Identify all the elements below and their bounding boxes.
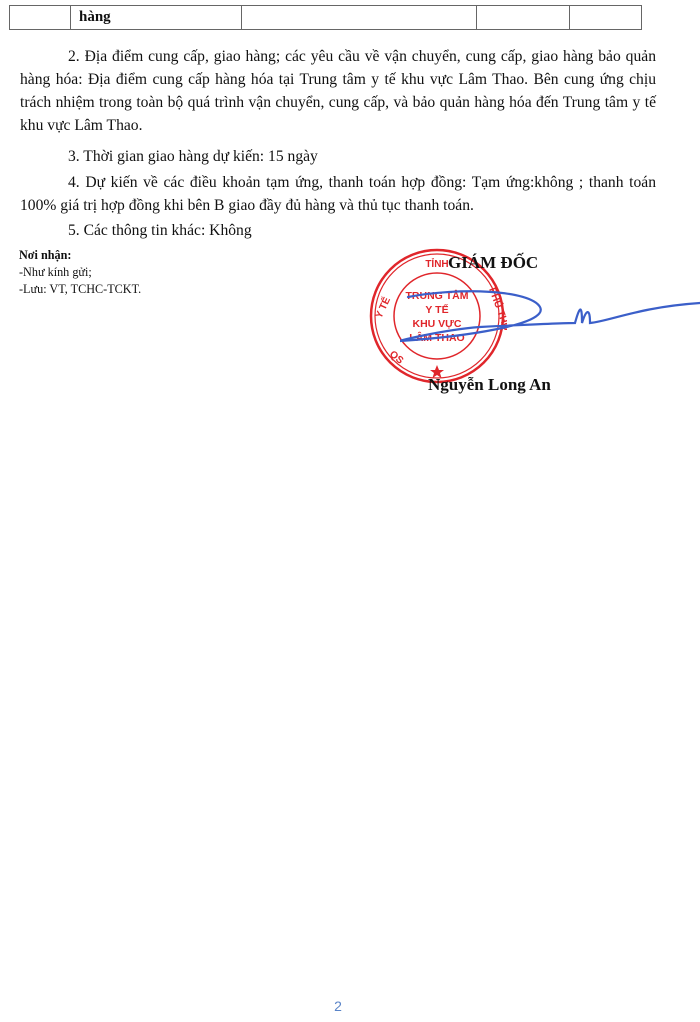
table-cell: [570, 6, 642, 30]
table-row: hàng: [10, 6, 642, 30]
handwritten-signature-icon: [400, 285, 700, 355]
svg-text:TỈNH: TỈNH: [425, 257, 448, 270]
payment-terms-paragraph: 4. Dự kiến về các điều khoản tạm ứng, th…: [20, 171, 656, 217]
other-info-paragraph: 5. Các thông tin khác: Không: [20, 219, 656, 242]
delivery-time-paragraph: 3. Thời gian giao hàng dự kiến: 15 ngày: [20, 145, 656, 168]
recipient-line: -Lưu: VT, TCHC-TCKT.: [19, 281, 141, 298]
table-cell: [477, 6, 570, 30]
delivery-location-paragraph: 2. Địa điểm cung cấp, giao hàng; các yêu…: [20, 45, 656, 137]
recipient-line: -Như kính gửi;: [19, 264, 141, 281]
recipients-title: Nơi nhận:: [19, 247, 141, 264]
table-cell: hàng: [71, 6, 242, 30]
recipients-block: Nơi nhận: -Như kính gửi; -Lưu: VT, TCHC-…: [19, 247, 141, 298]
items-table-fragment: hàng: [9, 5, 642, 30]
signer-position-title: GIÁM ĐỐC: [448, 253, 538, 273]
signer-name: Nguyễn Long An: [428, 375, 551, 395]
page-number: 2: [0, 998, 676, 1014]
table-cell: [10, 6, 71, 30]
table-cell: [242, 6, 477, 30]
